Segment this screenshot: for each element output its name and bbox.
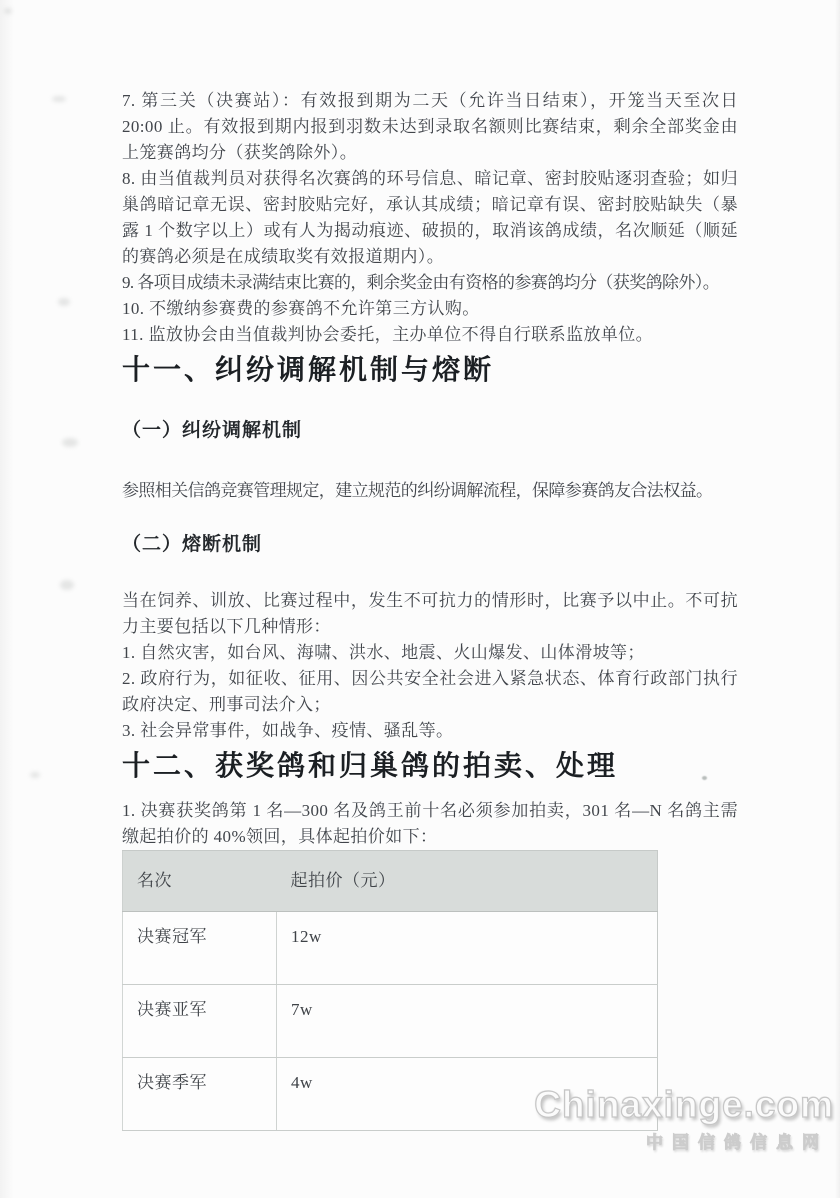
table-header-price: 起拍价（元） [277,851,658,912]
force-majeure-item-3: 3. 社会异常事件，如战争、疫情、骚乱等。 [122,718,738,744]
table-row: 决赛冠军 12w [123,912,658,985]
scan-edge-left [0,0,14,1198]
rule-paragraph-7: 7. 第三关（决赛站）：有效报到期为二天（允许当日结束），开笼当天至次日 20:… [122,88,738,166]
section-12-heading: 十二、获奖鸽和归巢鸽的拍卖、处理 [122,748,738,786]
rank-cell: 决赛亚军 [123,985,277,1058]
table-header-row: 名次 起拍价（元） [123,851,658,912]
scan-smudge [60,580,74,590]
rule-paragraph-8: 8. 由当值裁判员对获得名次赛鸽的环号信息、暗记章、密封胶贴逐羽查验；如归巢鸽暗… [122,166,738,270]
rule-paragraph-11: 11. 监放协会由当值裁判协会委托，主办单位不得自行联系监放单位。 [122,322,738,348]
price-cell: 12w [277,912,658,985]
rank-cell: 决赛冠军 [123,912,277,985]
scan-smudge [52,96,66,102]
scan-smudge [4,8,12,14]
table-row: 决赛季军 4w [123,1058,658,1131]
section-11-sub1-title: （一）纠纷调解机制 [122,418,738,444]
rank-cell: 决赛季军 [123,1058,277,1131]
rule-paragraph-9: 9. 各项目成绩未录满结束比赛的，剩余奖金由有资格的参赛鸽均分（获奖鸽除外）。 [122,270,738,296]
rule-paragraph-10: 10. 不缴纳参赛费的参赛鸽不允许第三方认购。 [122,296,738,322]
watermark-caption-text: 中国信鸽信息网 [534,1128,828,1153]
section-11-heading: 十一、纠纷调解机制与熔断 [122,352,738,390]
scan-smudge [62,438,78,447]
scan-smudge [30,772,40,778]
table-header-rank: 名次 [123,851,277,912]
force-majeure-item-1: 1. 自然灾害，如台风、海啸、洪水、地震、火山爆发、山体滑坡等； [122,640,738,666]
price-cell: 4w [277,1058,658,1131]
auction-price-table: 名次 起拍价（元） 决赛冠军 12w 决赛亚军 7w 决赛季军 4w [122,850,658,1131]
section-11-sub2-title: （二）熔断机制 [122,532,738,558]
document-body: 7. 第三关（决赛站）：有效报到期为二天（允许当日结束），开笼当天至次日 20:… [122,0,738,1131]
scan-edge-right [835,0,840,1198]
force-majeure-block: 当在饲养、训放、比赛过程中，发生不可抗力的情形时，比赛予以中止。不可抗力主要包括… [122,588,738,744]
scan-smudge [58,298,70,306]
table-row: 决赛亚军 7w [123,985,658,1058]
force-majeure-item-2: 2. 政府行为，如征收、征用、因公共安全社会进入紧急状态、体育行政部门执行政府决… [122,666,738,718]
price-cell: 7w [277,985,658,1058]
force-majeure-intro: 当在饲养、训放、比赛过程中，发生不可抗力的情形时，比赛予以中止。不可抗力主要包括… [122,588,738,640]
scanned-document-page: 7. 第三关（决赛站）：有效报到期为二天（允许当日结束），开笼当天至次日 20:… [0,0,840,1198]
section-11-sub1-body: 参照相关信鸽竞赛管理规定，建立规范的纠纷调解流程，保障参赛鸽友合法权益。 [122,478,738,504]
section-12-intro: 1. 决赛获奖鸽第 1 名—300 名及鸽王前十名必须参加拍卖，301 名—N … [122,798,738,850]
